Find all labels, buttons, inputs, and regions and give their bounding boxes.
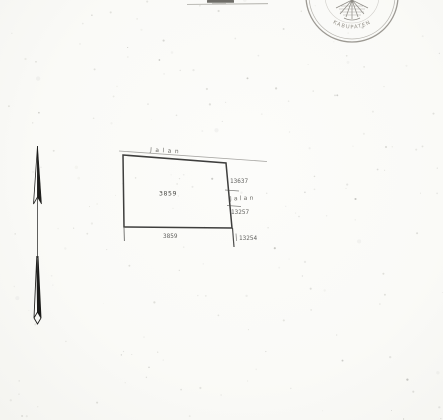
noise-dot [265,351,266,352]
scan-noise [8,0,443,420]
noise-dot [57,228,59,230]
north-arrow-tail-right [38,256,42,318]
noise-dot [385,146,387,148]
noise-dot [37,406,38,407]
north-arrow-head-right [38,146,42,204]
noise-dot [206,88,208,90]
noise-dot [127,47,128,48]
noise-dot [136,18,138,20]
noise-dot [183,246,185,248]
noise-dot [438,406,440,408]
noise-dot [131,354,132,355]
noise-dot [199,5,201,7]
noise-dot [93,117,95,119]
noise-dot [14,286,15,287]
noise-dot [347,32,349,34]
noise-dot [342,360,344,362]
noise-dot [127,56,129,58]
noise-dot [157,352,158,353]
noise-dot [180,70,181,71]
noise-dot [197,295,198,296]
noise-dot [218,315,220,317]
noise-dot [311,309,312,310]
noise-dot [389,356,391,358]
noise-dot [51,275,53,277]
noise-dot [79,43,81,45]
noise-dot [211,178,213,180]
noise-dot [336,334,337,335]
noise-dot [18,393,20,395]
noise-dot [405,65,407,67]
north-arrow-tail-tip [34,318,41,324]
noise-dot [422,145,424,147]
noise-dot [406,378,408,380]
noise-dot [288,100,290,102]
road-label-top: Jalan [149,146,182,155]
noise-dot [245,295,247,297]
noise-dot [38,112,40,114]
road-label-right: Jalan [229,195,256,203]
official-stamp: KABUPATEN [306,0,398,42]
noise-dot [295,213,296,214]
noise-dot [11,33,12,34]
north-arrow-tail-left [34,256,38,318]
noise-dot [283,28,285,30]
noise-dot [32,122,33,123]
noise-dot [203,263,204,264]
noise-dot [334,95,336,97]
noise-blotch [77,177,80,180]
noise-blotch [243,0,247,2]
noise-dot [180,389,182,391]
noise-dot [304,191,306,193]
noise-blotch [357,239,361,243]
noise-dot [179,178,180,179]
boundary-extension-right [233,228,235,247]
noise-dot [73,228,74,229]
noise-dot [247,381,248,382]
noise-dot [363,133,365,135]
noise-dot [222,121,223,122]
parcel-boundary [123,155,232,228]
noise-dot [432,113,434,115]
noise-dot [52,285,53,286]
noise-dot [422,35,424,37]
noise-dot [302,275,303,276]
noise-dot [289,131,290,132]
noise-dot [35,61,37,63]
survey-drawing: KABUPATEN Jalan 3859 13 [0,0,443,420]
noise-dot [172,208,173,209]
noise-dot [86,233,88,235]
noise-dot [178,195,179,196]
noise-dot [308,147,310,149]
noise-blotch [15,296,19,300]
noise-dot [121,354,122,355]
noise-dot [308,64,309,65]
noise-dot [125,382,126,383]
noise-dot [304,261,306,263]
noise-dot [24,58,26,60]
scanned-survey-page: KABUPATEN Jalan 3859 13 [0,0,443,420]
tick-right-upper [225,190,239,191]
noise-dot [192,69,194,71]
noise-dot [336,94,338,96]
edge-number-right-top: 13637 [230,178,248,185]
noise-dot [248,329,249,330]
noise-dot [32,171,33,172]
noise-dot [285,206,286,207]
noise-dot [163,360,164,361]
noise-dot [379,303,381,305]
noise-dot [324,289,326,291]
noise-dot [372,111,374,113]
noise-dot [415,149,417,151]
noise-dot [240,192,242,194]
north-arrow-icon [34,146,42,324]
noise-dot [183,174,185,176]
noise-dot [383,86,384,87]
noise-dot [189,415,191,417]
noise-dot [14,233,16,235]
noise-dot [159,59,161,61]
noise-dot [8,105,10,107]
noise-dot [18,380,20,382]
noise-dot [301,11,302,12]
header-fragment [187,0,268,4]
noise-dot [289,259,290,260]
noise-dot [384,294,386,296]
noise-dot [267,227,268,228]
edge-number-right-bottom: 13254 [239,235,257,242]
noise-dot [148,367,149,368]
noise-dot [322,410,323,411]
noise-dot [110,122,112,124]
header-text-smudge [207,0,234,3]
noise-dot [128,265,130,267]
noise-dot [403,418,404,419]
noise-dot [326,215,327,216]
noise-dot [135,177,137,179]
noise-dot [266,193,267,194]
noise-dot [392,146,393,147]
noise-dot [34,323,36,325]
edge-number-right-middle: 13257 [231,209,249,216]
noise-dot [82,23,84,25]
noise-dot [176,183,177,184]
header-rule [187,4,268,5]
noise-dot [143,337,144,338]
noise-dot [171,174,172,175]
noise-dot [354,198,356,200]
noise-blotch [171,51,174,54]
noise-blotch [214,128,218,132]
noise-dot [255,369,257,371]
noise-dot [220,394,221,395]
noise-dot [377,169,379,171]
noise-dot [440,418,441,419]
noise-dot [355,219,356,220]
noise-dot [116,86,117,87]
header-text-smudge-2 [212,3,226,4]
noise-dot [113,95,115,97]
noise-dot [192,186,194,188]
noise-dot [96,203,98,205]
noise-dot [91,222,93,224]
noise-dot [298,216,300,218]
noise-blotch [36,76,40,80]
noise-dot [110,11,112,13]
noise-dot [91,14,92,15]
noise-dot [225,102,226,103]
noise-dot [115,195,116,196]
noise-dot [391,410,392,411]
noise-dot [333,41,334,42]
noise-dot [146,1,148,3]
noise-dot [96,402,98,404]
noise-dot [151,119,152,120]
noise-dot [382,273,384,275]
noise-dot [314,176,316,178]
noise-dot [310,288,312,290]
noise-dot [153,301,155,303]
noise-dot [40,167,41,168]
tick-bottom-right [236,234,237,242]
noise-dot [53,150,55,152]
noise-dot [28,310,29,311]
noise-dot [65,341,67,343]
noise-dot [179,270,180,271]
noise-dot [412,391,414,393]
noise-dot [346,55,348,57]
noise-dot [234,38,236,40]
noise-dot [26,415,28,417]
noise-dot [313,90,314,91]
tick-right-lower [227,206,241,207]
stamp-emblem-icon [336,0,368,20]
noise-dot [146,377,147,378]
noise-dot [278,267,280,269]
noise-dot [261,113,263,115]
noise-dot [199,387,201,389]
noise-dot [437,167,438,168]
noise-dot [416,232,418,234]
noise-dot [290,388,291,389]
noise-dot [274,247,276,249]
noise-dot [10,399,12,401]
noise-dot [247,77,249,79]
noise-blotch [436,371,439,374]
edge-number-bottom: 3859 [163,233,178,240]
noise-dot [123,351,124,352]
noise-dot [436,193,438,195]
noise-dot [283,319,285,321]
noise-dot [147,103,149,105]
noise-dot [218,10,220,12]
noise-dot [420,193,421,194]
noise-dot [201,130,203,132]
boundary-ticks [124,190,241,247]
noise-dot [345,188,346,189]
noise-dot [176,114,178,116]
noise-dot [163,40,165,42]
noise-dot [140,29,142,31]
parcel-number: 3859 [159,190,177,198]
noise-blotch [347,61,350,64]
north-arrow-head-left [34,146,38,204]
noise-blotch [75,166,79,170]
noise-dot [64,247,66,249]
noise-dot [205,295,207,297]
noise-dot [384,170,385,171]
noise-dot [94,68,96,70]
noise-dot [258,55,260,57]
noise-dot [89,206,90,207]
noise-dot [21,415,23,417]
noise-dot [275,87,277,89]
noise-dot [314,188,316,190]
noise-dot [346,184,348,186]
noise-dot [352,146,353,147]
noise-dot [439,53,440,54]
noise-dot [363,66,365,68]
noise-dot [209,103,211,105]
stamp-arc-text: KABUPATEN [332,20,372,31]
noise-dot [106,249,107,250]
noise-dot [163,73,165,75]
noise-dot [315,5,316,6]
noise-dot [103,303,104,304]
